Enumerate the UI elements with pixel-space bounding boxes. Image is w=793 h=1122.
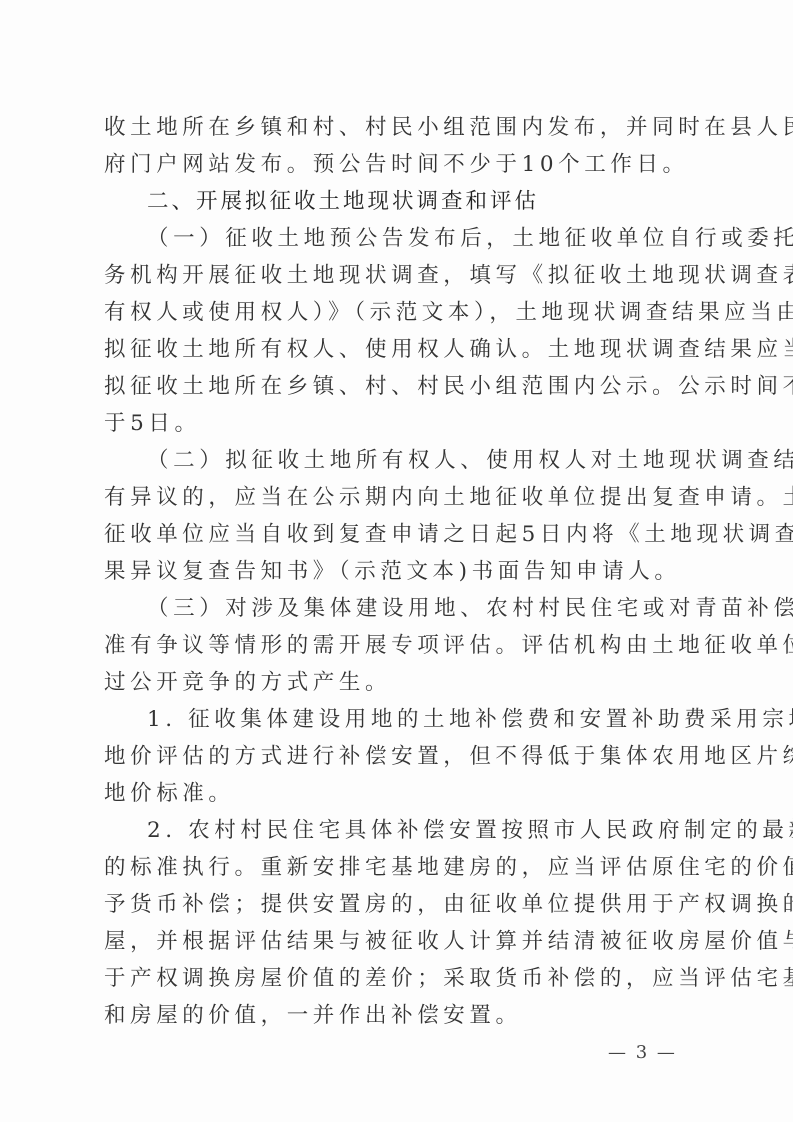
text-line: 征收单位应当自收到复查申请之日起5日内将《土地现状调查结	[104, 516, 704, 553]
text-line: 1. 征收集体建设用地的土地补偿费和安置补助费采用宗地	[104, 701, 704, 738]
text-line: 有权人或使用权人）》（示范文本），土地现状调查结果应当由	[104, 294, 704, 331]
text-line: 务机构开展征收土地现状调查，填写《拟征收土地现状调查表（所	[104, 257, 704, 294]
text-line: 地价标准。	[104, 775, 704, 812]
text-line: 果异议复查告知书》（示范文本)书面告知申请人。	[104, 553, 704, 590]
document-page: 收土地所在乡镇和村、村民小组范围内发布，并同时在县人民政府门户网站发布。预公告时…	[0, 0, 793, 1122]
text-line: 拟征收土地所在乡镇、村、村民小组范围内公示。公示时间不少	[104, 368, 704, 405]
text-line: 予货币补偿；提供安置房的，由征收单位提供用于产权调换的房	[104, 886, 704, 923]
text-line: 于产权调换房屋价值的差价；采取货币补偿的，应当评估宅基地	[104, 960, 704, 997]
text-line: 府门户网站发布。预公告时间不少于10个工作日。	[104, 146, 704, 183]
page-number: — 3 —	[608, 1042, 677, 1063]
text-line: 屋，并根据评估结果与被征收人计算并结清被征收房屋价值与用	[104, 923, 704, 960]
text-line: 2. 农村村民住宅具体补偿安置按照市人民政府制定的最新	[104, 812, 704, 849]
text-line: 拟征收土地所有权人、使用权人确认。土地现状调查结果应当在	[104, 331, 704, 368]
text-line: （三）对涉及集体建设用地、农村村民住宅或对青苗补偿标	[104, 590, 704, 627]
section-heading: 二、开展拟征收土地现状调查和评估	[104, 183, 704, 220]
text-line: 地价评估的方式进行补偿安置，但不得低于集体农用地区片综合	[104, 738, 704, 775]
text-line: 和房屋的价值，一并作出补偿安置。	[104, 997, 704, 1034]
text-line: 有异议的，应当在公示期内向土地征收单位提出复查申请。土地	[104, 479, 704, 516]
text-line: 收土地所在乡镇和村、村民小组范围内发布，并同时在县人民政	[104, 109, 704, 146]
text-line: 准有争议等情形的需开展专项评估。评估机构由土地征收单位通	[104, 627, 704, 664]
text-line: 于5日。	[104, 405, 704, 442]
text-line: 的标准执行。重新安排宅基地建房的，应当评估原住宅的价值给	[104, 849, 704, 886]
text-line: （二）拟征收土地所有权人、使用权人对土地现状调查结果	[104, 442, 704, 479]
text-line: 过公开竞争的方式产生。	[104, 664, 704, 701]
document-body: 收土地所在乡镇和村、村民小组范围内发布，并同时在县人民政府门户网站发布。预公告时…	[104, 109, 704, 1034]
text-line: （一）征收土地预公告发布后，土地征收单位自行或委托服	[104, 220, 704, 257]
